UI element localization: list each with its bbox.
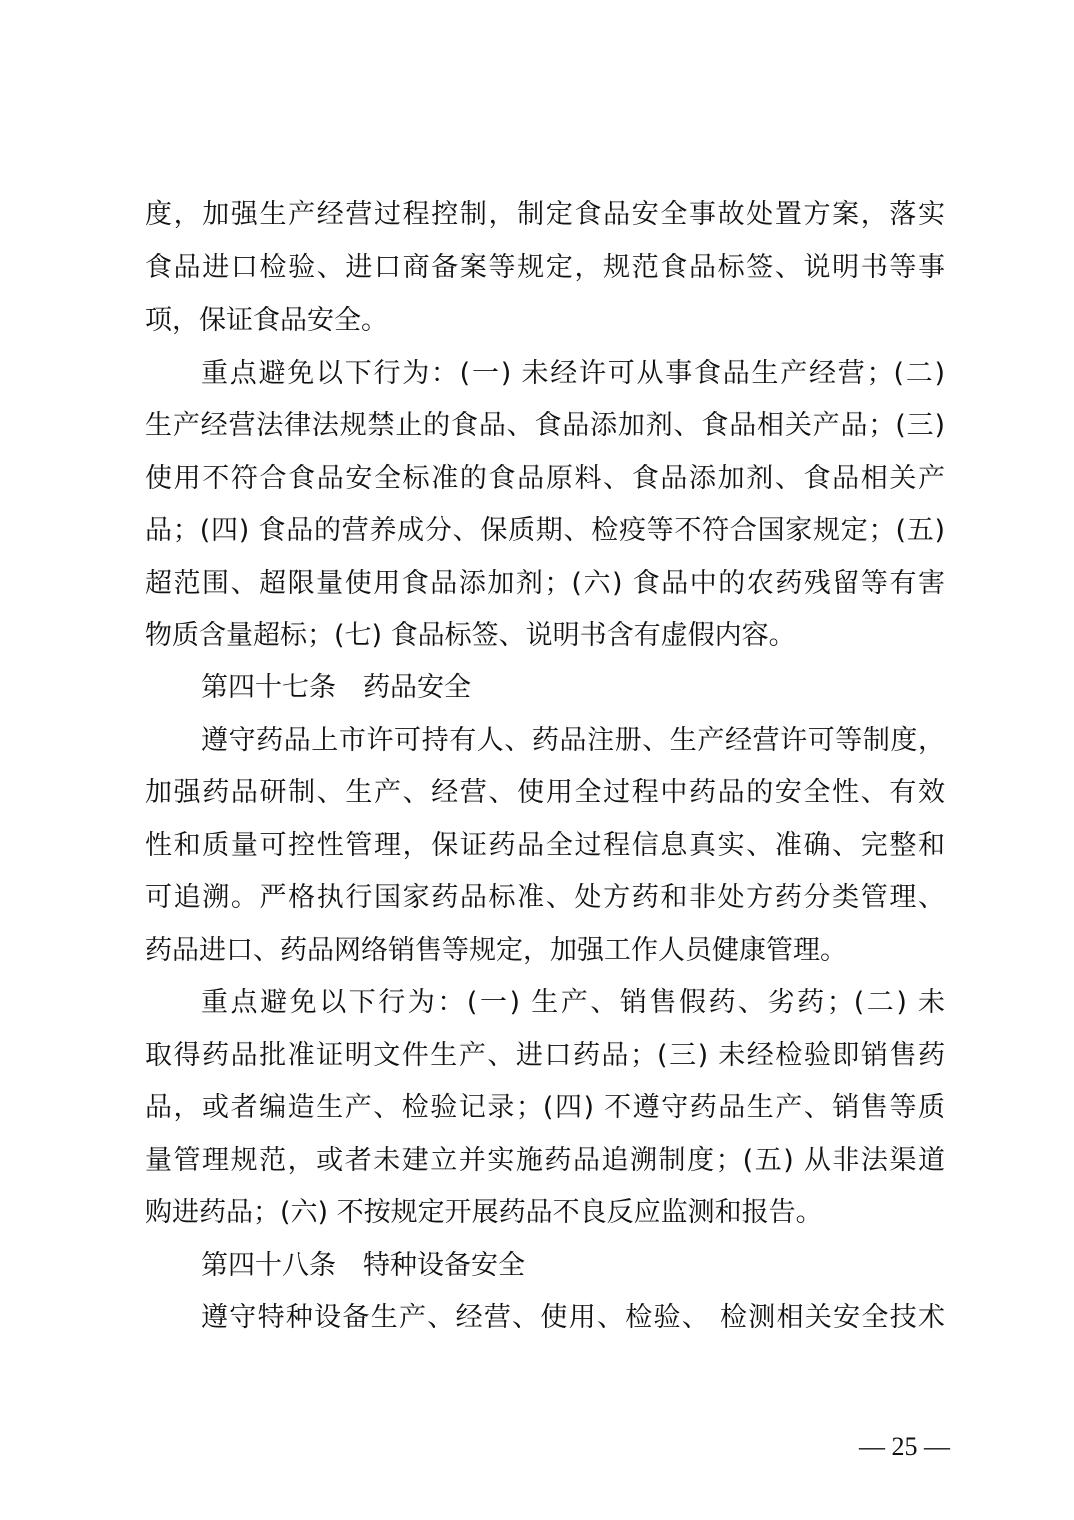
page-number: — 25 — xyxy=(840,1430,950,1464)
body-text-line: 遵守特种设备生产、经营、使用、检验、 检测相关安全技术 xyxy=(201,1298,945,1338)
body-text-line: 量管理规范，或者未建立并实施药品追溯制度；(五) 从非法渠道 xyxy=(145,1141,945,1181)
body-text-line: 可追溯。严格执行国家药品标准、处方药和非处方药分类管理、 xyxy=(145,878,945,918)
body-text-line: 品，或者编造生产、检验记录；(四) 不遵守药品生产、销售等质 xyxy=(145,1088,945,1128)
body-text-line: 取得药品批准证明文件生产、进口药品；(三) 未经检验即销售药 xyxy=(145,1036,945,1076)
body-text-line: 超范围、超限量使用食品添加剂；(六) 食品中的农药残留等有害 xyxy=(145,564,945,604)
body-text-line: 性和质量可控性管理，保证药品全过程信息真实、准确、完整和 xyxy=(145,826,945,866)
body-text-line: 度，加强生产经营过程控制，制定食品安全事故处置方案，落实 xyxy=(145,195,945,235)
body-text-line: 重点避免以下行为：(一) 未经许可从事食品生产经营；(二) xyxy=(201,354,945,394)
body-text-line: 遵守药品上市许可持有人、药品注册、生产经营许可等制度， xyxy=(201,721,945,761)
body-text-line: 药品进口、药品网络销售等规定，加强工作人员健康管理。 xyxy=(145,931,945,971)
body-text-line: 生产经营法律法规禁止的食品、食品添加剂、食品相关产品；(三) xyxy=(145,406,945,446)
document-page: 度，加强生产经营过程控制，制定食品安全事故处置方案，落实 食品进口检验、进口商备… xyxy=(0,0,1074,1520)
article-heading-48: 第四十八条 特种设备安全 xyxy=(201,1246,945,1286)
body-text-line: 品；(四) 食品的营养成分、保质期、检疫等不符合国家规定；(五) xyxy=(145,511,945,551)
body-text-line: 购进药品；(六) 不按规定开展药品不良反应监测和报告。 xyxy=(145,1193,945,1233)
body-text-line: 重点避免以下行为：(一) 生产、销售假药、劣药；(二) 未 xyxy=(201,983,945,1023)
body-text-line: 加强药品研制、生产、经营、使用全过程中药品的安全性、有效 xyxy=(145,773,945,813)
body-text-line: 项，保证食品安全。 xyxy=(145,301,945,341)
body-text-line: 食品进口检验、进口商备案等规定，规范食品标签、说明书等事 xyxy=(145,248,945,288)
body-text-line: 物质含量超标；(七) 食品标签、说明书含有虚假内容。 xyxy=(145,616,945,656)
body-text-line: 使用不符合食品安全标准的食品原料、食品添加剂、食品相关产 xyxy=(145,459,945,499)
article-heading-47: 第四十七条 药品安全 xyxy=(201,668,945,708)
